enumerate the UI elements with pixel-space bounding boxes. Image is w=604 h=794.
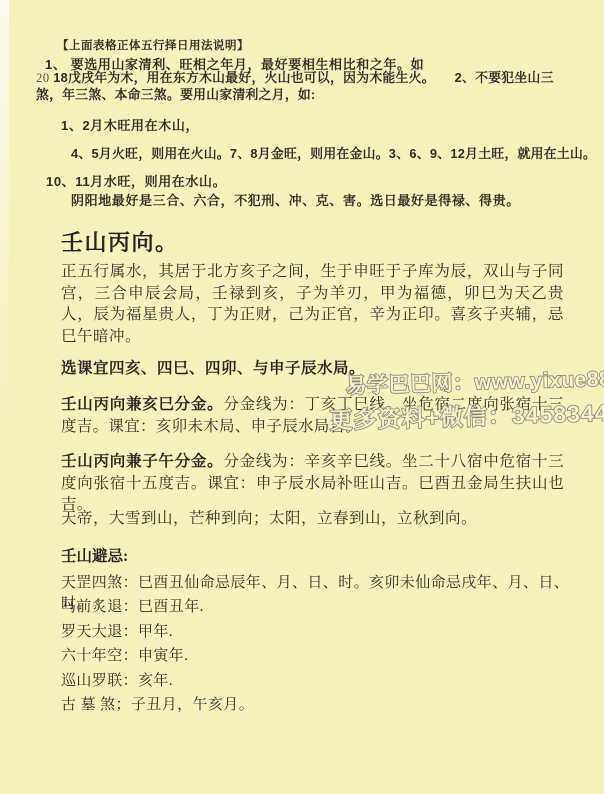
intro-month-water: 10、11月水旺，则用在水山。 <box>46 171 226 190</box>
section-heading: 壬山丙向。 <box>61 226 179 257</box>
intro-yinyang-note: 阴阳地最好是三合、六合，不犯刑、冲、克、害。选日最好是得禄、得贵。 <box>71 190 520 209</box>
taboo-item-maqian: 马前炙退：巳酉丑年. <box>61 595 578 619</box>
scanned-document-page: 【上面表格正体五行择日用法说明】 1、 要选用山家清利、旺相之年月，最好要相生相… <box>0 0 604 794</box>
intro-rule-2018-text: 18戊戌年为木，用在东方木山最好，火山也可以，因为木能生火。 2、不要犯坐山三煞… <box>36 70 554 102</box>
fenjin-haisi-lead: 壬山丙向兼亥巳分金。 <box>61 396 223 413</box>
taboo-item-xunshan: 巡山罗联：亥年. <box>61 669 578 693</box>
taboo-item-gumu: 古 墓 煞；子丑月，午亥月。 <box>61 693 578 717</box>
intro-month-fire-metal-earth: 4、5月火旺，则用在火山。7、8月金旺，则用在金山。3、6、9、12月土旺，就用… <box>71 143 596 162</box>
taboo-item-liushi: 六十年空：申寅年. <box>61 644 578 668</box>
course-selection-line: 选课宜四亥、四巳、四卯、与申子辰水局。 <box>61 356 365 378</box>
taboo-item-luotian: 罗天大退：甲年. <box>61 620 578 644</box>
taboo-heading: 壬山避忌: <box>61 544 128 566</box>
intro-year-prefix: 20 <box>36 71 49 85</box>
intro-title: 【上面表格正体五行择日用法说明】 <box>57 37 249 53</box>
fenjin-ziwu-lead: 壬山丙向兼子午分金。 <box>61 453 223 470</box>
intro-month-wood: 1、2月木旺用在木山， <box>61 115 199 134</box>
wuxing-paragraph: 正五行属水，其居于北方亥子之间，生于申旺于子库为辰，双山与子同宫，三合申辰会局，… <box>61 261 564 347</box>
fenjin-haisi-paragraph: 壬山丙向兼亥巳分金。分金线为：丁亥丁巳线。坐危宿二度向张宿十三度吉。课宜：亥卯未… <box>61 394 564 437</box>
intro-rule-2018-wrap: 20 18戊戌年为木，用在东方木山最好，火山也可以，因为木能生火。 2、不要犯坐… <box>36 70 578 102</box>
taboo-list: 天罡四煞：巳酉丑仙命忌辰年、月、日、时。亥卯未仙命忌戌年、月、日、时。 马前炙退… <box>61 571 578 717</box>
tiandi-taiyang-line: 天帝，大雪到山，芒种到向；太阳，立春到山，立秋到向。 <box>61 506 477 528</box>
taboo-item-tiangang: 天罡四煞：巳酉丑仙命忌辰年、月、日、时。亥卯未仙命忌戌年、月、日、时。 <box>61 571 578 595</box>
